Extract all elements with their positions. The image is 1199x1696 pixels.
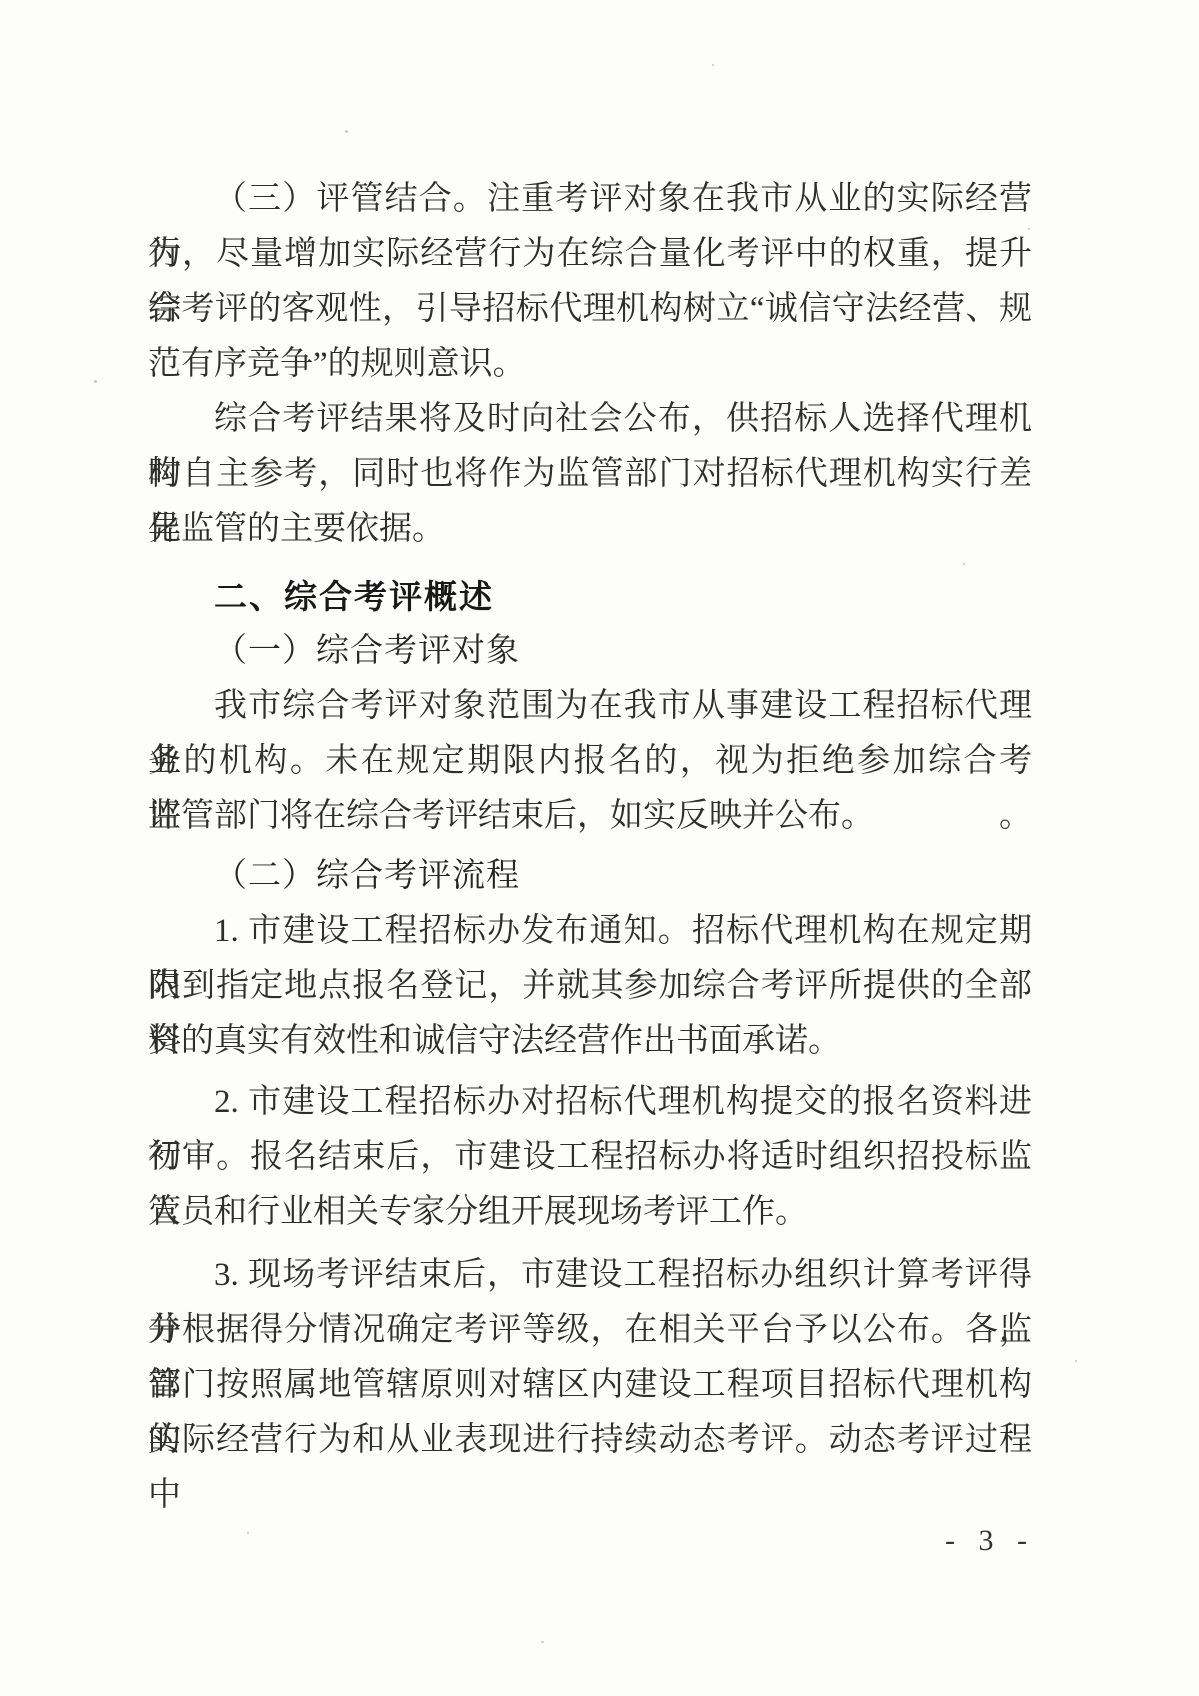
paragraph-line: 为，尽量增加实际经营行为在综合量化考评中的权重，提升综: [148, 227, 1032, 282]
section-heading: 二、综合考评概述: [148, 569, 1032, 624]
paragraph-line: 部门按照属地管辖原则对辖区内建设工程项目招标代理机构的: [148, 1358, 1032, 1413]
scan-speckle: [94, 380, 97, 383]
scan-speckle: [1028, 228, 1030, 230]
scan-speckle: [388, 424, 390, 426]
scanned-document-page: （三）评管结合。注重考评对象在我市从业的实际经营行 为，尽量增加实际经营行为在综…: [0, 0, 1199, 1696]
scan-speckle: [345, 130, 348, 133]
paragraph-line: 化监管的主要依据。: [148, 502, 1032, 557]
scan-speckle: [1075, 1360, 1077, 1362]
subsection-heading: （二）综合考评流程: [148, 849, 1032, 904]
paragraph-line: 并根据得分情况确定考评等级，在相关平台予以公布。各监管: [148, 1303, 1032, 1358]
paragraph-line: 3. 现场考评结束后，市建设工程招标办组织计算考评得分，: [148, 1248, 1032, 1303]
paragraph-line: 料的真实有效性和诚信守法经营作出书面承诺。: [148, 1014, 1032, 1069]
paragraph-line: 合考评的客观性，引导招标代理机构树立“诚信守法经营、规: [148, 282, 1032, 337]
paragraph-line: 综合考评结果将及时向社会公布，供招标人选择代理机构: [148, 392, 1032, 447]
subsection-heading: （一）综合考评对象: [148, 624, 1032, 679]
scan-speckle: [541, 1641, 544, 1643]
paragraph-line: （三）评管结合。注重考评对象在我市从业的实际经营行: [148, 172, 1032, 227]
paragraph-line: 实际经营行为和从业表现进行持续动态考评。动态考评过程中: [148, 1413, 1032, 1468]
paragraph-line: 人员和行业相关专家分组开展现场考评工作。: [148, 1185, 1032, 1240]
paragraph-line: 1. 市建设工程招标办发布通知。招标代理机构在规定期限: [148, 904, 1032, 959]
scan-speckle: [963, 563, 965, 565]
paragraph-line: 我市综合考评对象范围为在我市从事建设工程招标代理业: [148, 679, 1032, 734]
document-body: （三）评管结合。注重考评对象在我市从业的实际经营行 为，尽量增加实际经营行为在综…: [148, 172, 1032, 1468]
paragraph-line: 范有序竞争”的规则意识。: [148, 337, 1032, 392]
page-number: - 3 -: [945, 1524, 1035, 1558]
paragraph-line: 时自主参考，同时也将作为监管部门对招标代理机构实行差异: [148, 447, 1032, 502]
paragraph-line: 2. 市建设工程招标办对招标代理机构提交的报名资料进行: [148, 1075, 1032, 1130]
scan-speckle: [712, 64, 714, 66]
paragraph-line: 初审。报名结束后，市建设工程招标办将适时组织招投标监管: [148, 1130, 1032, 1185]
paragraph-line: 内到指定地点报名登记，并就其参加综合考评所提供的全部资: [148, 959, 1032, 1014]
paragraph-line: 务的机构。未在规定期限内报名的，视为拒绝参加综合考评。: [148, 734, 1032, 789]
scan-speckle: [247, 1532, 249, 1534]
